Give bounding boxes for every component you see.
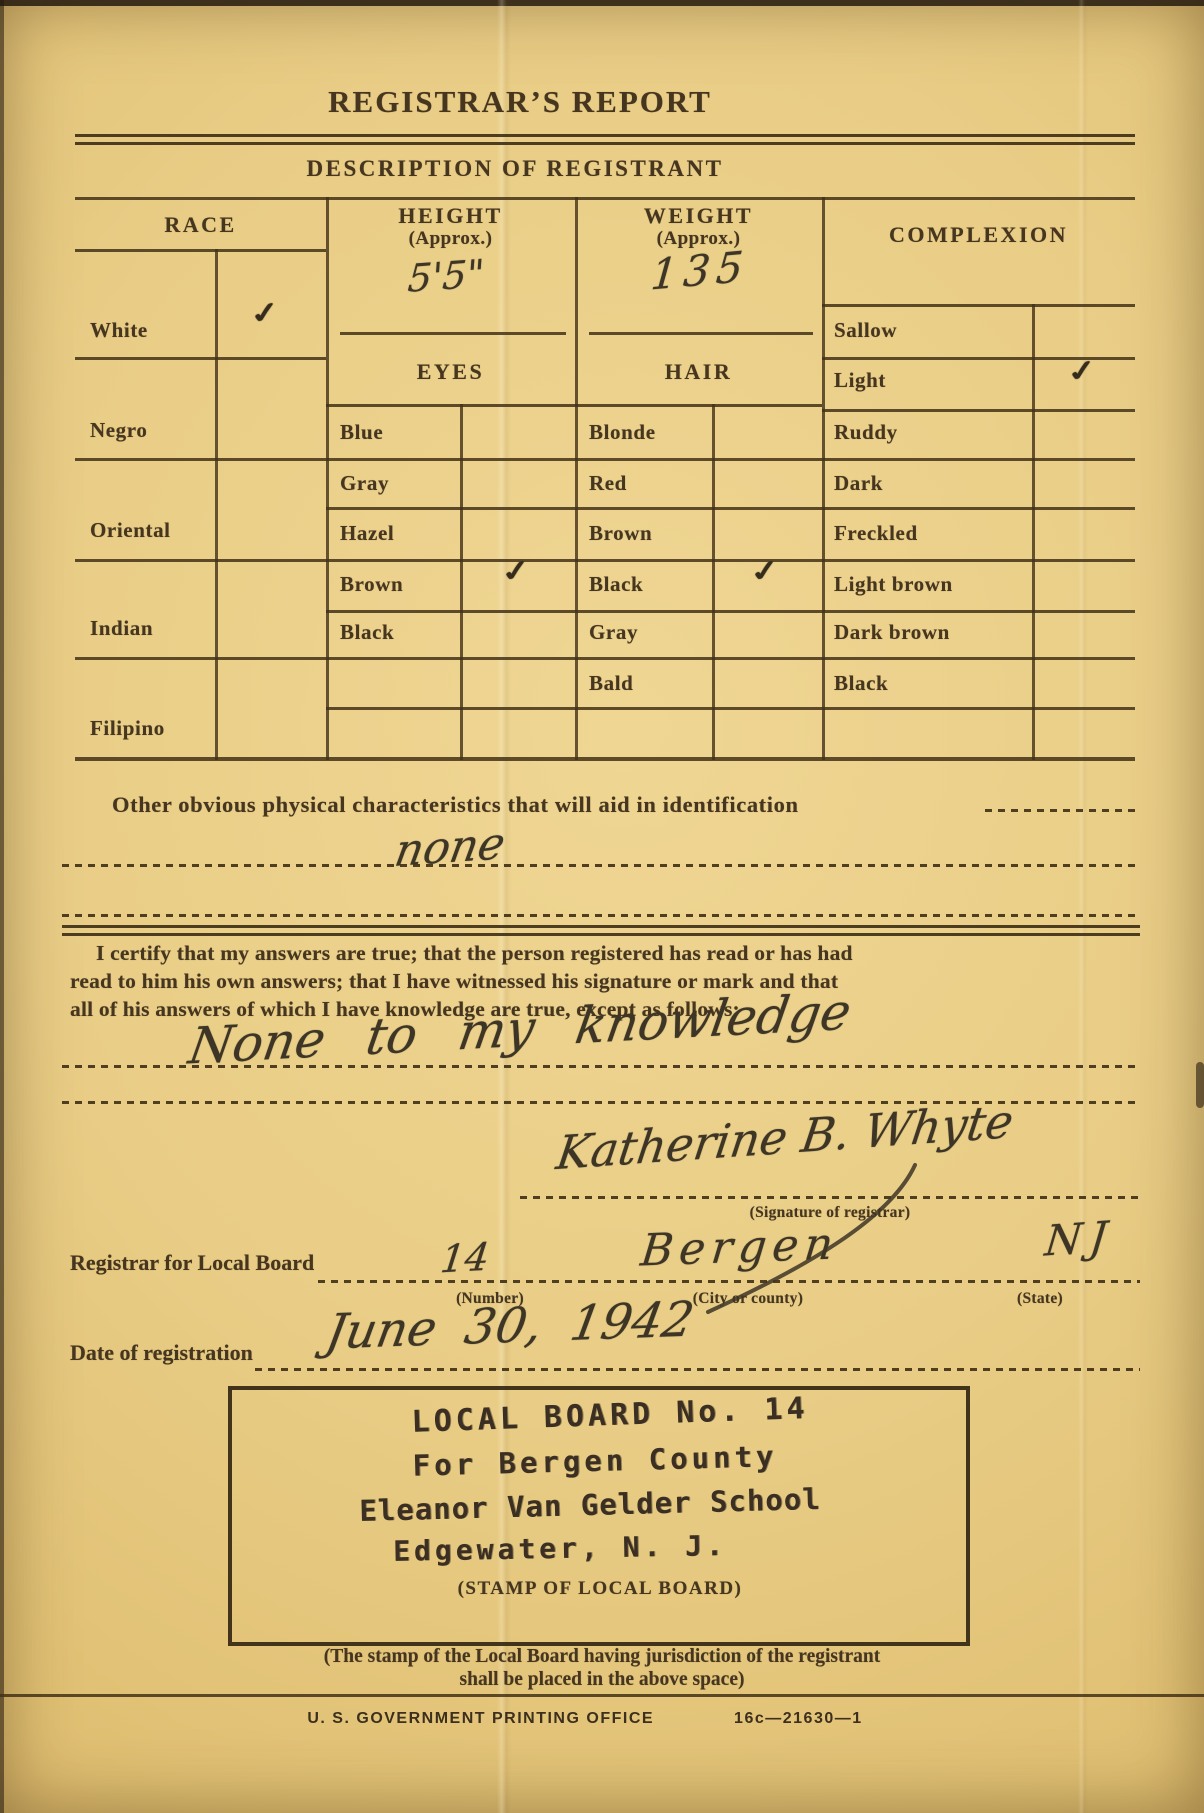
footer-rule (0, 1694, 1204, 1697)
certification-exception-value: None to my knowledge (126, 979, 914, 1078)
footer: U. S. GOVERNMENT PRINTING OFFICE 16c—216… (0, 1710, 1170, 1728)
title-rule (75, 134, 1135, 145)
eyes-check-gray (444, 448, 587, 473)
section-divider-rule (62, 925, 1140, 936)
row-rule (75, 559, 1135, 562)
eyes-option-brown: Brown (340, 572, 403, 597)
scan-edge-top (0, 0, 1204, 6)
complexion-option-dark: Dark (834, 471, 883, 496)
race-option-negro: Negro (90, 418, 147, 443)
footer-office: U. S. GOVERNMENT PRINTING OFFICE (307, 1710, 654, 1728)
other-characteristics-label: Other obvious physical characteristics t… (112, 792, 799, 818)
hair-option-red: Red (589, 471, 627, 496)
race-check-indian (201, 587, 329, 610)
hair-option-bald: Bald (589, 671, 633, 696)
row-rule (326, 507, 1135, 510)
footer-code: 16c—21630—1 (734, 1710, 863, 1728)
row-rule (326, 610, 1135, 613)
height-weight-divider (575, 197, 578, 760)
race-check-negro (201, 389, 329, 412)
fill-in-line (255, 1368, 1140, 1371)
race-option-white: White (90, 318, 148, 343)
fill-in-line (62, 864, 1140, 867)
certification-line-2: read to him his own answers; that I have… (70, 969, 1142, 994)
certification-line-1: I certify that my answers are true; that… (70, 941, 1142, 966)
race-option-filipino: Filipino (90, 716, 165, 741)
race-header: RACE (75, 212, 326, 238)
row-rule (822, 409, 1135, 412)
registrar-report-card: REGISTRAR’S REPORT DESCRIPTION OF REGIST… (0, 0, 1204, 1813)
race-option-oriental: Oriental (90, 518, 171, 543)
eyes-option-black: Black (340, 620, 394, 645)
eyes-option-hazel: Hazel (340, 521, 394, 546)
board-state-value: NJ (1013, 1209, 1148, 1268)
weight-complexion-divider (822, 197, 825, 760)
scan-edge-left (0, 0, 4, 1813)
row-rule (326, 707, 1135, 710)
registration-date-label: Date of registration (70, 1340, 253, 1366)
eyes-check-blue (444, 397, 587, 422)
weight-value-rule (589, 332, 813, 335)
scan-edge-right-mark (1196, 1062, 1204, 1108)
checkmark-icon: ✓ (442, 544, 591, 600)
hair-option-brown: Brown (589, 521, 652, 546)
dotted-leader (985, 809, 1135, 812)
complexion-option-ruddy: Ruddy (834, 420, 898, 445)
complexion-header: COMPLEXION (822, 222, 1135, 248)
race-check-oriental (201, 489, 329, 512)
registration-date-value: June 30, 1942 (275, 1290, 745, 1362)
stamp-note-line-2: shall be placed in the above space) (102, 1669, 1102, 1691)
table-top-rule (75, 197, 1135, 200)
form-subtitle: DESCRIPTION OF REGISTRANT (75, 156, 955, 182)
hair-option-gray: Gray (589, 620, 638, 645)
board-number-value: 14 (412, 1233, 517, 1283)
row-rule (75, 357, 326, 360)
height-value: 5'5" (325, 245, 568, 306)
eyes-option-gray: Gray (340, 471, 389, 496)
eyes-header: EYES (326, 359, 575, 385)
height-value-rule (340, 332, 566, 335)
hair-check-bald (697, 649, 833, 673)
weight-header: WEIGHT (575, 203, 822, 229)
registrar-board-label: Registrar for Local Board (70, 1250, 314, 1276)
hair-header-rule (575, 404, 822, 407)
stamp-note-line-1: (The stamp of the Local Board having jur… (102, 1646, 1102, 1668)
race-option-indian: Indian (90, 616, 153, 641)
eyes-check-hazel (444, 498, 587, 523)
eyes-option-blue: Blue (340, 420, 383, 445)
hair-header: HAIR (575, 359, 822, 385)
row-rule (75, 458, 1135, 461)
row-rule (75, 657, 1135, 660)
hair-check-brown (697, 499, 833, 523)
hair-option-black: Black (589, 572, 643, 597)
checkmark-icon: ✓ (198, 287, 331, 340)
hair-option-blonde: Blonde (589, 420, 656, 445)
complexion-option-light: Light (834, 368, 886, 393)
hair-check-blonde (697, 398, 833, 422)
paper-crease-vertical-2 (1078, 0, 1088, 1813)
checkmark-icon: ✓ (694, 544, 835, 598)
complexion-header-rule (822, 304, 1135, 307)
complexion-option-light-brown: Light brown (834, 572, 953, 597)
complexion-option-sallow: Sallow (834, 318, 897, 343)
complexion-option-dark-brown: Dark brown (834, 620, 950, 645)
race-check-filipino (201, 687, 329, 710)
other-characteristics-value: none (296, 811, 604, 884)
board-state-caption: (State) (985, 1290, 1095, 1308)
complexion-option-freckled: Freckled (834, 521, 918, 546)
fill-in-line (62, 914, 1140, 917)
table-bottom-rule (75, 757, 1135, 761)
stamp-caption: (STAMP OF LOCAL BOARD) (260, 1578, 940, 1600)
eyes-header-rule (326, 404, 575, 407)
fill-in-line (62, 1065, 1140, 1068)
height-header: HEIGHT (326, 203, 575, 229)
form-title: REGISTRAR’S REPORT (75, 84, 965, 120)
race-header-rule (75, 249, 326, 252)
complexion-option-black: Black (834, 671, 888, 696)
hair-check-red (697, 449, 833, 473)
